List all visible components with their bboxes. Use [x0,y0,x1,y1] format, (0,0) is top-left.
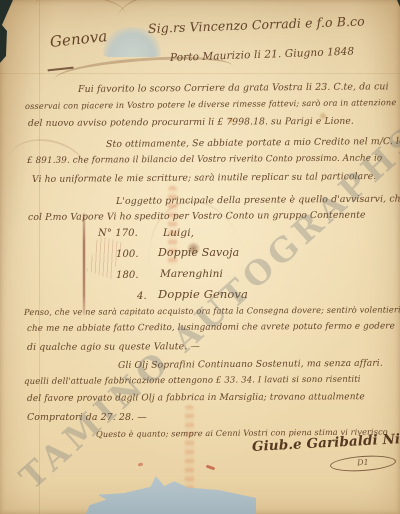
list-qty: 100. [116,249,139,260]
red-ink-line [83,213,85,315]
stamp-bleedthrough-bottom [185,405,194,497]
list-item: Marenghini [160,268,223,280]
list-qty: N° 170. [98,228,138,239]
list-qty: 4. [137,291,147,302]
list-item: Doppie Savoja [158,246,239,259]
list-item: Luigi, [163,227,194,239]
photo-of-letter: Genova Sig.rs Vincenzo Corradi e f.o B.c… [0,0,400,514]
body-line: del nuovo avviso potendo procurarmi li £… [28,116,354,129]
body-line: del favore provato dagli Olj a fabbrica … [27,392,365,404]
fold-line-vertical [39,0,40,514]
list-qty: 180. [116,270,139,281]
